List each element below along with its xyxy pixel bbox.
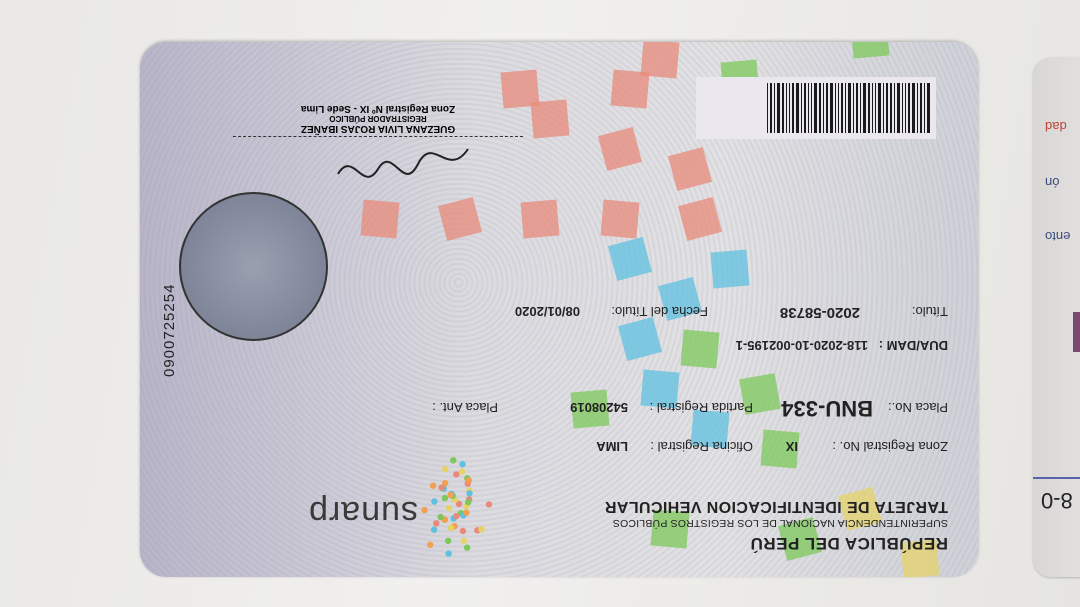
fragment-number: 8-0 bbox=[1041, 487, 1073, 513]
fecha-titulo-label: Fecha del Título: bbox=[611, 304, 708, 319]
decorative-square bbox=[520, 199, 559, 238]
placa-label: Placa No.: bbox=[888, 400, 948, 415]
country-heading: REPÚBLICA DEL PERÚ bbox=[750, 533, 948, 553]
decorative-square bbox=[710, 249, 749, 288]
decorative-square bbox=[668, 147, 712, 191]
titulo-label: Título: bbox=[912, 304, 948, 319]
zona-registral-label: Zona Registral No. : bbox=[832, 439, 948, 454]
decorative-square bbox=[618, 317, 662, 361]
signatory-office: Zona Registral Nº IX - Sede Lima bbox=[233, 103, 523, 114]
placa-value: BNU-334 bbox=[781, 395, 873, 421]
second-card-fragment: dad ón ento 8-0 bbox=[1033, 57, 1080, 577]
oficina-registral-value: LIMA bbox=[596, 439, 628, 454]
signatory-role: REGISTRADOR PÚBLICO bbox=[233, 114, 523, 123]
fragment-divider bbox=[1033, 477, 1080, 479]
partida-value: 54208019 bbox=[570, 400, 628, 415]
decorative-square bbox=[650, 509, 689, 548]
serial-number: 0900725254 bbox=[161, 284, 178, 377]
logo-text: sunarp bbox=[308, 493, 418, 532]
placa-anterior-label: Placa Ant. : bbox=[432, 400, 498, 415]
oficina-registral-label: Oficina Registral : bbox=[650, 439, 753, 454]
zona-registral-value: IX bbox=[786, 439, 798, 454]
partida-label: Partida Registral : bbox=[650, 400, 753, 415]
dua-label: DUA/DAM : bbox=[879, 338, 948, 353]
decorative-square bbox=[850, 42, 889, 59]
titulo-value: 2020-58738 bbox=[780, 304, 860, 321]
official-seal-icon bbox=[179, 192, 328, 341]
decorative-square bbox=[608, 237, 652, 281]
signatory-block: GUEZANA LIVIA ROJAS IBAÑEZ REGISTRADOR P… bbox=[233, 103, 523, 137]
fragment-text-3: ento bbox=[1045, 229, 1070, 244]
decorative-square bbox=[438, 197, 482, 241]
fragment-text-1: dad bbox=[1045, 119, 1067, 134]
decorative-square bbox=[600, 199, 639, 238]
signatory-name: GUEZANA LIVIA ROJAS IBAÑEZ bbox=[233, 123, 523, 137]
vehicle-id-card: sunarp REPÚBLICA DEL PERÚ SUPERINTENDENC… bbox=[140, 42, 978, 577]
decorative-square bbox=[678, 197, 722, 241]
barcode bbox=[696, 77, 936, 139]
decorative-square bbox=[598, 127, 642, 171]
signature-icon bbox=[328, 129, 478, 189]
decorative-square bbox=[640, 42, 679, 79]
decorative-square bbox=[360, 199, 399, 238]
agency-heading: SUPERINTENDENCIA NACIONAL DE LOS REGISTR… bbox=[613, 517, 948, 529]
dua-value: 118-2020-10-002195-1 bbox=[736, 338, 868, 353]
document-title: TARJETA DE IDENTIFICACION VEHICULAR bbox=[605, 497, 948, 515]
fecha-titulo-value: 08/01/2020 bbox=[515, 304, 580, 319]
fragment-mark bbox=[1073, 312, 1080, 352]
fragment-text-2: ón bbox=[1045, 175, 1059, 190]
decorative-square bbox=[680, 329, 719, 368]
